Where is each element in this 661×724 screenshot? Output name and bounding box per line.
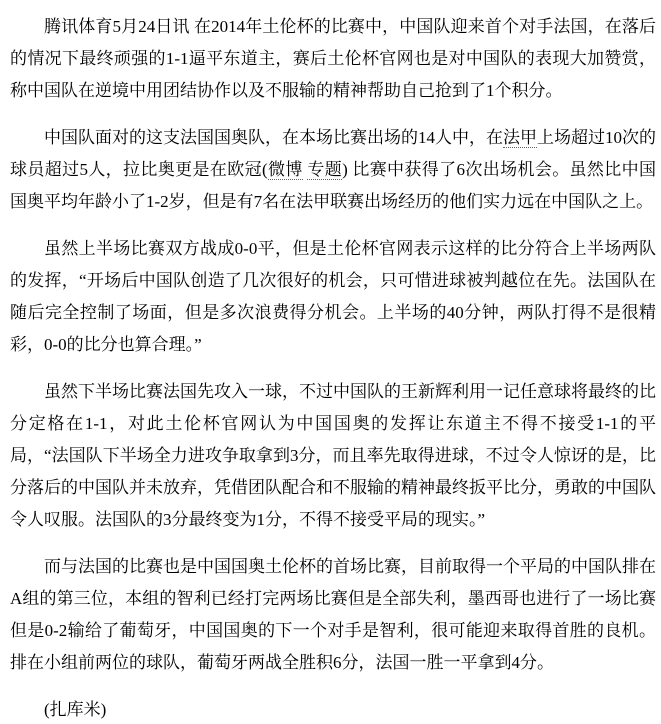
inline-link[interactable]: 微博: [268, 160, 303, 180]
para-group-standing: 而与法国的比赛也是中国国奥土伦杯的首场比赛，目前取得一个平局的中国队排在A组的第…: [10, 551, 656, 679]
paragraph-text: 中国队面对的这支法国国奥队，在本场比赛出场的14人中，在: [44, 128, 503, 147]
paragraph-text: 腾讯体育5月24日讯 在2014年土伦杯的比赛中，中国队迎来首个对手法国，在落后…: [10, 17, 656, 100]
para-lineup: 中国队面对的这支法国国奥队，在本场比赛出场的14人中，在法甲上场超过10次的球员…: [10, 122, 656, 218]
inline-link[interactable]: 专题: [307, 160, 342, 180]
inline-link[interactable]: 法甲: [503, 128, 537, 148]
paragraph-text: (扎库米): [44, 700, 106, 719]
paragraph-text: 虽然下半场比赛法国先攻入一球，不过中国队的王新辉利用一记任意球将最终的比分定格在…: [10, 382, 656, 529]
para-intro: 腾讯体育5月24日讯 在2014年土伦杯的比赛中，中国队迎来首个对手法国，在落后…: [10, 11, 656, 107]
article-page: 腾讯体育5月24日讯 在2014年土伦杯的比赛中，中国队迎来首个对手法国，在落后…: [0, 0, 661, 724]
paragraph-text: 虽然上半场比赛双方战成0-0平，但是土伦杯官网表示这样的比分符合上半场两队的发挥…: [10, 239, 656, 354]
para-second-half: 虽然下半场比赛法国先攻入一球，不过中国队的王新辉利用一记任意球将最终的比分定格在…: [10, 376, 656, 536]
para-first-half: 虽然上半场比赛双方战成0-0平，但是土伦杯官网表示这样的比分符合上半场两队的发挥…: [10, 233, 656, 361]
paragraph-text: 而与法国的比赛也是中国国奥土伦杯的首场比赛，目前取得一个平局的中国队排在A组的第…: [10, 557, 656, 672]
para-byline: (扎库米): [10, 694, 656, 724]
article-body: 腾讯体育5月24日讯 在2014年土伦杯的比赛中，中国队迎来首个对手法国，在落后…: [10, 11, 656, 724]
